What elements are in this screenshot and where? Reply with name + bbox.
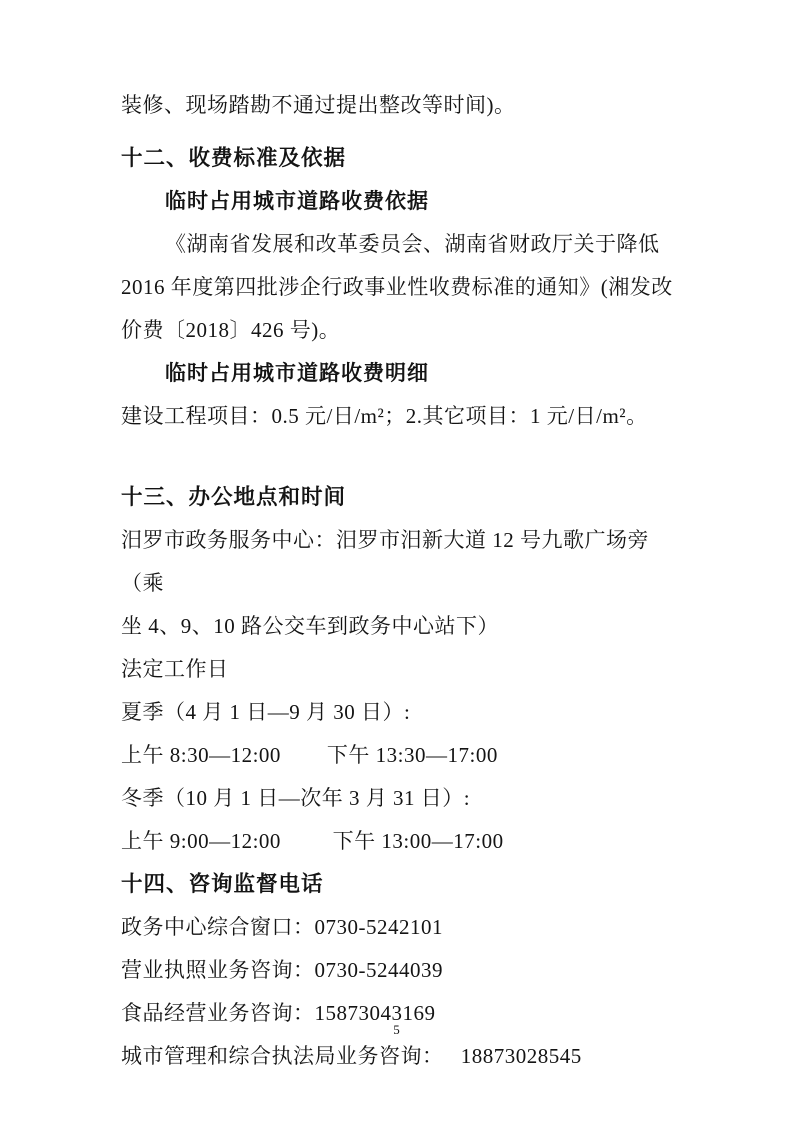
phone-service-center: 政务中心综合窗口：0730-5242101 — [121, 906, 683, 949]
subheading-fee-detail: 临时占用城市道路收费明细 — [121, 352, 683, 395]
paragraph-fee-detail: 建设工程项目：0.5 元/日/m²；2.其它项目：1 元/日/m²。 — [121, 395, 683, 438]
section-heading-14-phone-numbers: 十四、咨询监督电话 — [121, 863, 683, 906]
phone-urban-management: 城市管理和综合执法局业务咨询： 18873028545 — [121, 1035, 683, 1078]
paragraph-fee-basis-line-3: 价费〔2018〕426 号)。 — [121, 309, 683, 352]
document-page: 装修、现场踏勘不通过提出整改等时间)。 十二、收费标准及依据 临时占用城市道路收… — [0, 0, 793, 1122]
paragraph-fee-basis-line-1: 《湖南省发展和改革委员会、湖南省财政厅关于降低 — [121, 223, 683, 266]
subheading-fee-basis: 临时占用城市道路收费依据 — [121, 180, 683, 223]
paragraph-winter-schedule-label: 冬季（10 月 1 日—次年 3 月 31 日）: — [121, 777, 683, 820]
document-body: 装修、现场踏勘不通过提出整改等时间)。 十二、收费标准及依据 临时占用城市道路收… — [121, 84, 683, 1078]
paragraph-winter-hours: 上午 9:00—12:00 下午 13:00—17:00 — [121, 820, 683, 863]
paragraph-fee-basis-line-2: 2016 年度第四批涉企行政事业性收费标准的通知》(湘发改 — [121, 266, 683, 309]
phone-business-license: 营业执照业务咨询：0730-5244039 — [121, 949, 683, 992]
section-heading-12-fee-standards: 十二、收费标准及依据 — [121, 137, 683, 180]
paragraph-workdays: 法定工作日 — [121, 648, 683, 691]
page-number: 5 — [0, 1022, 793, 1038]
paragraph-summer-schedule-label: 夏季（4 月 1 日—9 月 30 日）: — [121, 691, 683, 734]
paragraph-continuation: 装修、现场踏勘不通过提出整改等时间)。 — [121, 84, 683, 127]
paragraph-address-line-2: 坐 4、9、10 路公交车到政务中心站下） — [121, 605, 683, 648]
section-heading-13-office-info: 十三、办公地点和时间 — [121, 476, 683, 519]
paragraph-summer-hours: 上午 8:30—12:00 下午 13:30—17:00 — [121, 734, 683, 777]
paragraph-address-line-1: 汨罗市政务服务中心：汨罗市汨新大道 12 号九歌广场旁（乘 — [121, 519, 683, 605]
